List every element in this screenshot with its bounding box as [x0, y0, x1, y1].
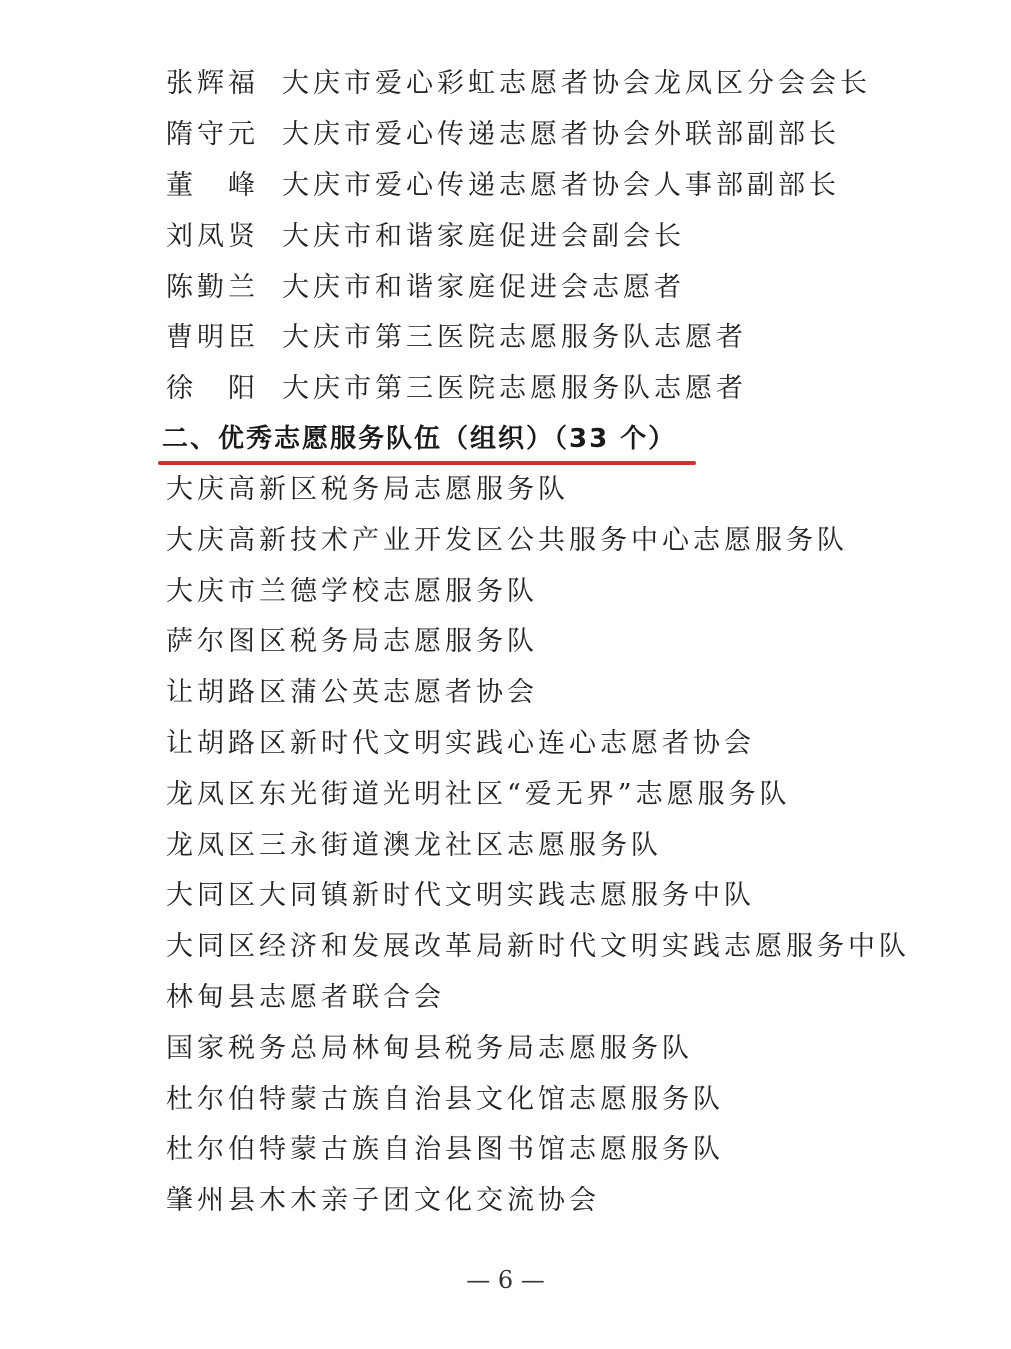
person-entry: 刘凤贤大庆市和谐家庭促进会副会长	[166, 217, 685, 257]
org-item: 大同区经济和发展改革局新时代文明实践志愿服务中队	[166, 927, 910, 967]
org-item: 国家税务总局林甸县税务局志愿服务队	[166, 1029, 693, 1069]
person-name: 刘凤贤	[166, 217, 282, 257]
org-item: 肇州县木木亲子团文化交流协会	[166, 1181, 600, 1221]
person-name: 徐 阳	[166, 369, 282, 409]
org-item: 大庆高新区税务局志愿服务队	[166, 470, 569, 510]
org-item: 大同区大同镇新时代文明实践志愿服务中队	[166, 876, 755, 916]
org-item: 让胡路区新时代文明实践心连心志愿者协会	[166, 724, 755, 764]
person-entry: 陈勤兰大庆市和谐家庭促进会志愿者	[166, 268, 685, 308]
heading-underline	[158, 461, 696, 465]
person-name: 张辉福	[166, 64, 282, 104]
person-name: 曹明臣	[166, 318, 282, 358]
person-entry: 徐 阳大庆市第三医院志愿服务队志愿者	[166, 369, 747, 409]
document-page: 张辉福大庆市爱心彩虹志愿者协会龙凤区分会会长 隋守元大庆市爱心传递志愿者协会外联…	[0, 0, 1011, 1349]
org-item: 杜尔伯特蒙古族自治县文化馆志愿服务队	[166, 1080, 724, 1120]
section-heading: 二、优秀志愿服务队伍（组织）（33 个）	[162, 419, 676, 459]
person-title: 大庆市爱心传递志愿者协会人事部副部长	[282, 170, 840, 201]
org-item: 大庆高新技术产业开发区公共服务中心志愿服务队	[166, 521, 848, 561]
org-item: 龙凤区东光街道光明社区“爱无界”志愿服务队	[166, 775, 791, 815]
org-item: 林甸县志愿者联合会	[166, 978, 445, 1018]
person-entry: 曹明臣大庆市第三医院志愿服务队志愿者	[166, 318, 747, 358]
person-title: 大庆市第三医院志愿服务队志愿者	[282, 322, 747, 353]
person-entry: 隋守元大庆市爱心传递志愿者协会外联部副部长	[166, 115, 840, 155]
person-entry: 董 峰大庆市爱心传递志愿者协会人事部副部长	[166, 166, 840, 206]
org-item: 龙凤区三永街道澳龙社区志愿服务队	[166, 826, 662, 866]
org-item: 萨尔图区税务局志愿服务队	[166, 622, 538, 662]
person-entry: 张辉福大庆市爱心彩虹志愿者协会龙凤区分会会长	[166, 64, 871, 104]
person-title: 大庆市第三医院志愿服务队志愿者	[282, 373, 747, 404]
person-name: 董 峰	[166, 166, 282, 206]
page-number: — 6 —	[0, 1263, 1011, 1297]
person-title: 大庆市爱心传递志愿者协会外联部副部长	[282, 119, 840, 150]
person-title: 大庆市和谐家庭促进会志愿者	[282, 272, 685, 303]
person-title: 大庆市爱心彩虹志愿者协会龙凤区分会会长	[282, 68, 871, 99]
person-name: 隋守元	[166, 115, 282, 155]
org-item: 让胡路区蒲公英志愿者协会	[166, 673, 538, 713]
person-title: 大庆市和谐家庭促进会副会长	[282, 221, 685, 252]
org-item: 大庆市兰德学校志愿服务队	[166, 572, 538, 612]
person-name: 陈勤兰	[166, 268, 282, 308]
org-item: 杜尔伯特蒙古族自治县图书馆志愿服务队	[166, 1130, 724, 1170]
